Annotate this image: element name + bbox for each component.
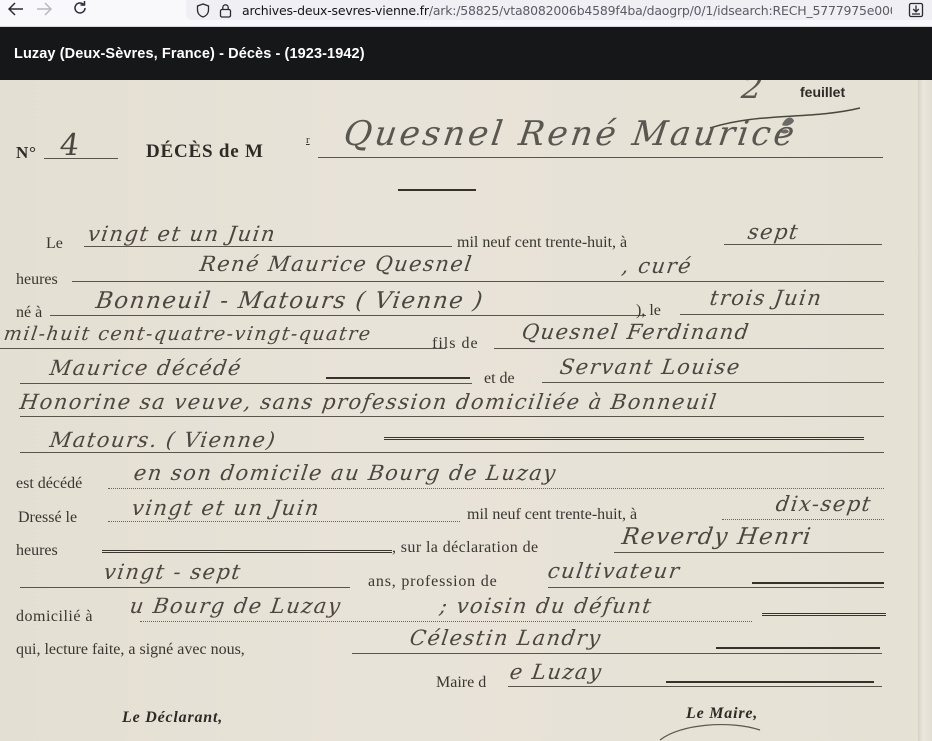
shield-icon[interactable] bbox=[194, 1, 212, 19]
back-button[interactable] bbox=[4, 0, 28, 20]
viewer-header: Luzay (Deux-Sèvres, France) - Décès - (1… bbox=[0, 27, 932, 80]
father-name: Quesnel Ferdinand bbox=[520, 320, 751, 344]
label-maire-de: Maire d bbox=[436, 674, 486, 692]
rule bbox=[44, 158, 118, 159]
rule bbox=[20, 587, 350, 588]
download-icon[interactable] bbox=[906, 0, 926, 20]
rule bbox=[716, 647, 880, 649]
declarant-age: vingt - sept bbox=[102, 560, 243, 584]
signature-flourish bbox=[650, 720, 770, 741]
declarant-name: Reverdy Henri bbox=[620, 524, 814, 550]
place-of-death: en son domicile au Bourg de Luzay bbox=[132, 461, 558, 485]
sheet-label: feuillet bbox=[800, 84, 845, 100]
rule bbox=[20, 452, 884, 453]
rule bbox=[352, 653, 882, 654]
record-hour: dix-sept bbox=[774, 492, 873, 516]
birth-year: mil-huit cent-quatre-vingt-quatre bbox=[2, 323, 373, 345]
year-text-1: mil neuf cent trente-huit, à bbox=[457, 234, 627, 252]
rule bbox=[762, 613, 886, 616]
url-bar[interactable]: archives-deux-sevres-vienne.fr/ark:/5882… bbox=[186, 0, 932, 20]
url-domain: archives-deux-sevres-vienne.fr bbox=[242, 3, 429, 18]
name-line: René Maurice Quesnel bbox=[198, 252, 474, 276]
mother-domicile: Matours. ( Vienne) bbox=[48, 428, 278, 452]
rule bbox=[752, 582, 884, 584]
heading-suffix: r bbox=[306, 134, 310, 146]
label-le-2: ), le bbox=[636, 302, 661, 320]
rule bbox=[50, 315, 646, 316]
rule bbox=[140, 621, 752, 622]
label-dresse-le: Dressé le bbox=[18, 509, 77, 527]
rule bbox=[84, 246, 452, 247]
reload-icon bbox=[72, 0, 88, 20]
label-ne-a: né à bbox=[16, 304, 42, 322]
document-viewer[interactable]: 2 feuillet N° 4 DÉCÈS de M r Quesnel Ren… bbox=[0, 80, 932, 741]
viewer-title: Luzay (Deux-Sèvres, France) - Décès - (1… bbox=[14, 46, 365, 62]
label-domicilie: domicilié à bbox=[16, 608, 93, 626]
mayor-name: Célestin Landry bbox=[408, 626, 603, 650]
rule bbox=[20, 416, 884, 417]
birth-date: trois Juin bbox=[708, 286, 824, 310]
record-heading: DÉCÈS de M bbox=[146, 141, 264, 163]
rule bbox=[614, 552, 884, 553]
url-text[interactable]: archives-deux-sevres-vienne.fr/ark:/5882… bbox=[242, 3, 892, 18]
mother-name: Servant Louise bbox=[558, 355, 742, 379]
label-heures-1: heures bbox=[16, 271, 58, 289]
label-est-decede: est décédé bbox=[16, 475, 82, 493]
birthplace: Bonneuil - Matours ( Vienne ) bbox=[94, 288, 485, 314]
commune-name: e Luzay bbox=[508, 660, 604, 684]
rule bbox=[722, 519, 884, 520]
separator-rule bbox=[398, 189, 476, 191]
lock-icon[interactable] bbox=[216, 1, 234, 19]
deceased-name: Quesnel René Maurice bbox=[341, 114, 799, 154]
rule bbox=[108, 488, 884, 489]
label-heures-2: heures bbox=[16, 542, 58, 560]
declarant-domicile: u Bourg de Luzay bbox=[128, 594, 343, 618]
label-signature: qui, lecture faite, a signé avec nous, bbox=[16, 641, 245, 659]
rule bbox=[72, 281, 884, 282]
rule bbox=[384, 437, 864, 440]
declarant-profession: cultivateur bbox=[546, 559, 682, 583]
label-le: Le bbox=[46, 235, 63, 253]
label-declaration: , sur la déclaration de bbox=[392, 539, 538, 557]
arrow-left-icon bbox=[8, 1, 24, 20]
rule bbox=[680, 314, 884, 315]
rule bbox=[666, 681, 874, 683]
rule bbox=[508, 686, 882, 687]
rule bbox=[494, 348, 884, 349]
number-label: N° bbox=[16, 143, 37, 163]
rule bbox=[724, 244, 882, 245]
rule bbox=[0, 348, 446, 349]
record-date: vingt et un Juin bbox=[130, 496, 321, 520]
rule bbox=[108, 521, 460, 522]
label-ans-profession: ans, profession de bbox=[368, 573, 498, 591]
reload-button[interactable] bbox=[68, 0, 92, 20]
rule bbox=[548, 587, 884, 588]
rule bbox=[102, 550, 392, 553]
label-et-de: et de bbox=[484, 370, 515, 388]
browser-toolbar: archives-deux-sevres-vienne.fr/ark:/5882… bbox=[0, 0, 932, 27]
declarant-signature-label: Le Déclarant, bbox=[122, 709, 223, 727]
rule bbox=[318, 157, 883, 158]
death-hour: sept bbox=[746, 220, 800, 244]
url-path: /ark:/58825/vta8082006b4589f4ba/daogrp/0… bbox=[429, 3, 892, 18]
mother-details: Honorine sa veuve, sans profession domic… bbox=[18, 390, 719, 414]
page-edge bbox=[918, 80, 932, 741]
rule bbox=[20, 383, 472, 384]
rule bbox=[326, 377, 470, 379]
father-name-2: Maurice décédé bbox=[48, 356, 243, 380]
label-fils-de: fils de bbox=[432, 335, 479, 353]
death-record-page: 2 feuillet N° 4 DÉCÈS de M r Quesnel Ren… bbox=[0, 80, 922, 741]
forward-button[interactable] bbox=[32, 0, 56, 20]
year-text-2: mil neuf cent trente-huit, à bbox=[467, 506, 637, 524]
rule bbox=[542, 382, 884, 383]
occupation: , curé bbox=[620, 254, 693, 278]
arrow-right-icon bbox=[36, 1, 52, 20]
declarant-relation: ; voisin du défunt bbox=[438, 594, 654, 618]
death-date: vingt et un Juin bbox=[86, 222, 277, 246]
